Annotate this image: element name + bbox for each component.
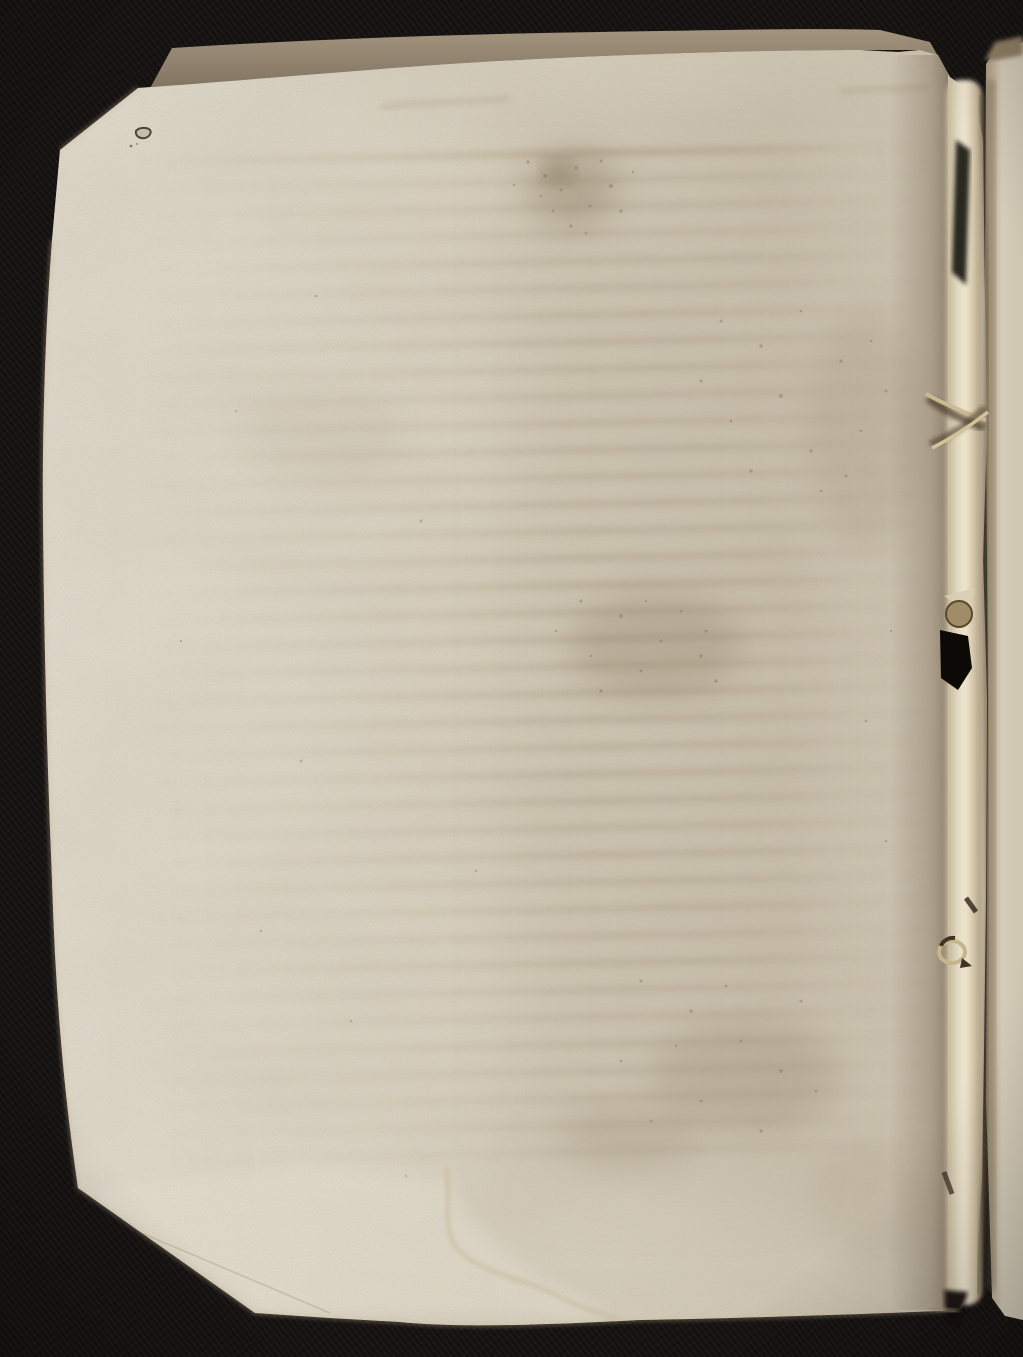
manuscript-photo: [0, 0, 1023, 1357]
vignette: [0, 0, 1023, 1357]
photography-backdrop: [0, 0, 1023, 1357]
